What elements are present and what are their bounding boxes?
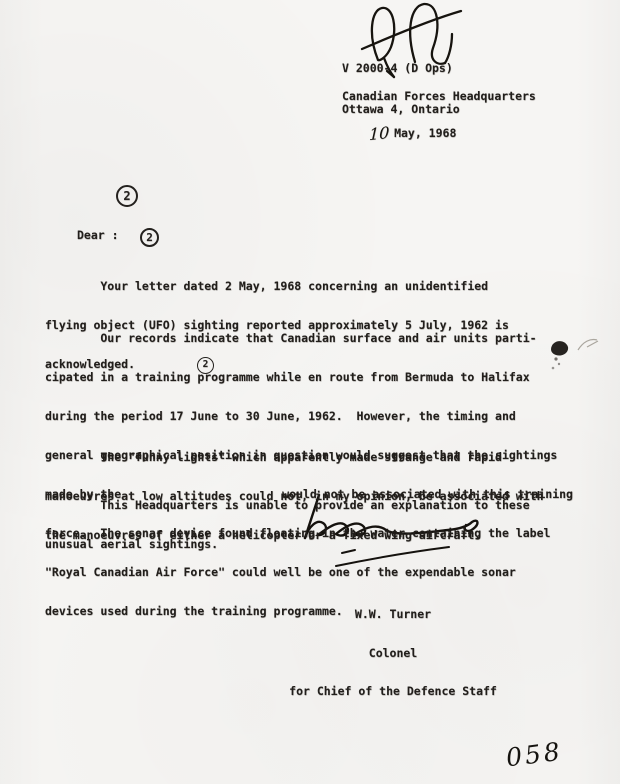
letter-line: Our records indicate that Canadian surfa…	[45, 332, 573, 345]
letter-line: This Headquarters is unable to provide a…	[45, 499, 530, 512]
circled-annotation-salutation: 2	[140, 228, 159, 247]
letter-line: cipated in a training programme while en…	[45, 371, 573, 384]
letter-line: Your letter dated 2 May, 1968 concerning…	[45, 280, 509, 293]
signature-name: W.W. Turner	[248, 608, 538, 621]
signature-block: W.W. Turner Colonel for Chief of the Def…	[248, 582, 538, 724]
signature-for-line: for Chief of the Defence Staff	[248, 685, 538, 698]
date-line: 10May, 1968	[341, 114, 456, 153]
pencil-scribble	[578, 339, 598, 350]
page-number-annotation: 058	[504, 737, 564, 773]
letter-line: during the period 17 June to 30 June, 19…	[45, 410, 573, 423]
circled-annotation-top: 2	[116, 185, 138, 207]
signature-rank: Colonel	[248, 647, 538, 660]
handwritten-day: 10	[369, 126, 390, 141]
file-reference: V 2000-4 (D Ops)	[342, 62, 453, 75]
letter-line: unusual aerial sightings.	[45, 538, 530, 551]
paragraph-4: This Headquarters is unable to provide a…	[45, 473, 530, 577]
letter-line: The "funny lights" which apparently made…	[45, 451, 544, 464]
typed-date: May, 1968	[394, 126, 456, 140]
salutation: Dear :	[77, 229, 119, 242]
scanned-letter-page: V 2000-4 (D Ops) Canadian Forces Headqua…	[0, 0, 620, 784]
